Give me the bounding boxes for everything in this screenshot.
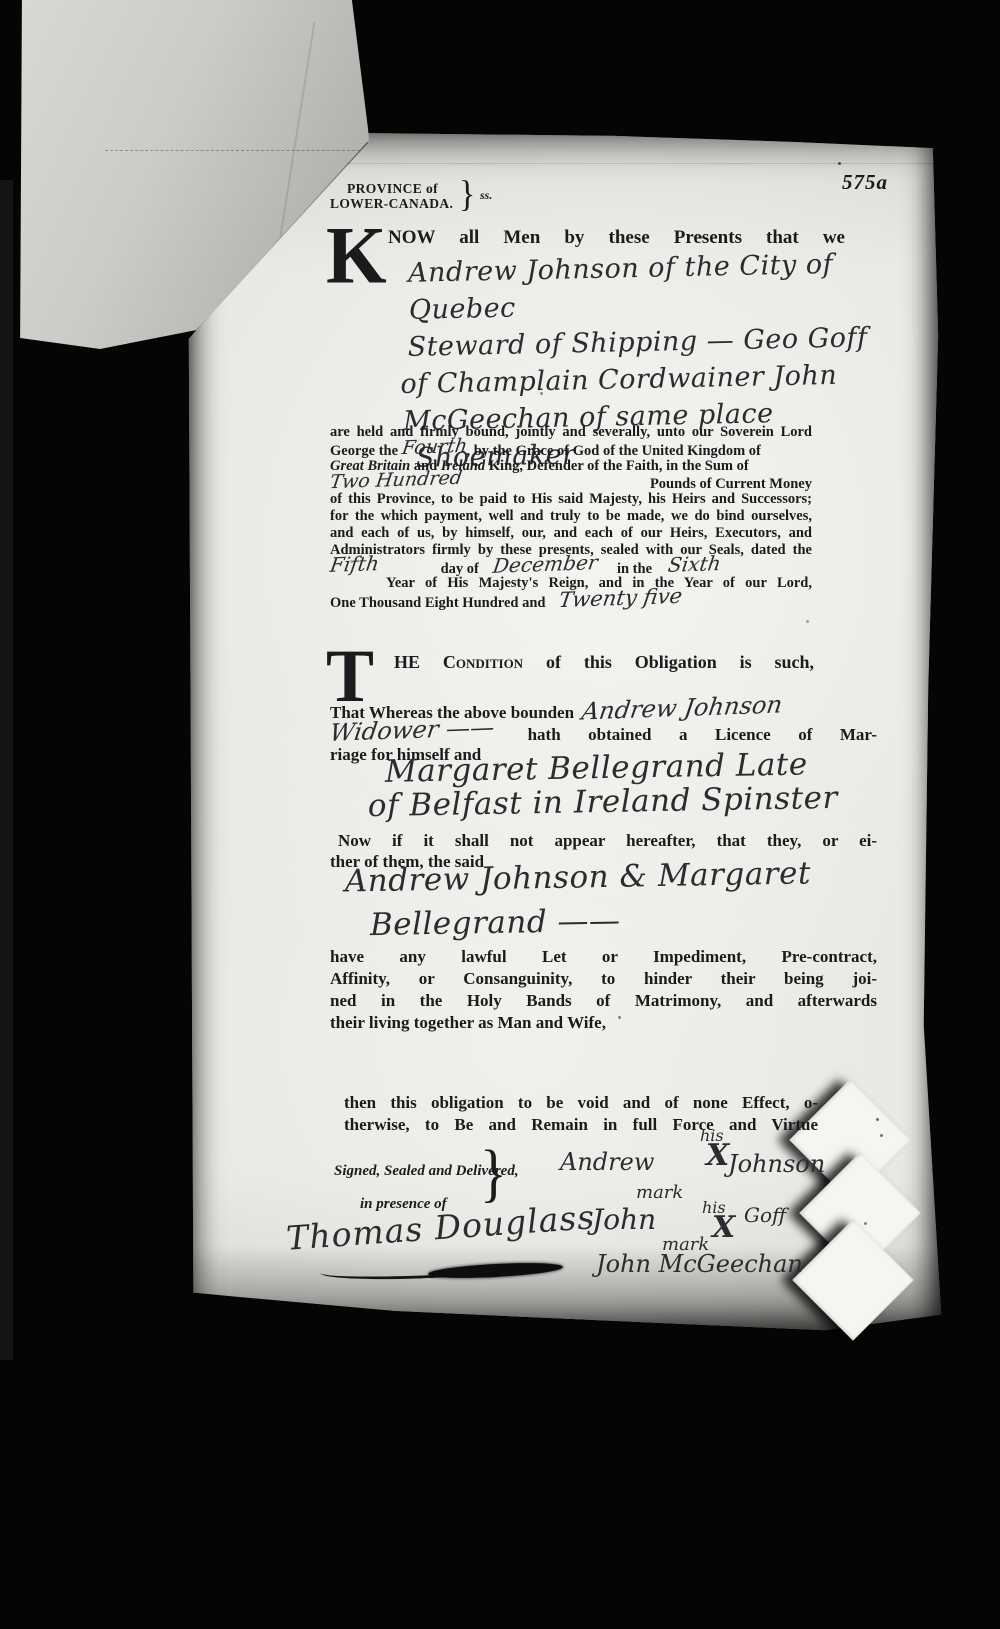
handwritten-line: Andrew Johnson of the City of Quebec [398,245,879,329]
printed-text: hath obtained a Licence of Mar- [494,724,877,746]
dropcap-k: K [326,222,387,288]
jurat-abbreviation: ss. [480,188,492,203]
handwritten-sum: Two Hundred [329,470,464,491]
bond-line: Two HundredPounds of Current Money [330,474,812,491]
handwritten-couple-surname: Bellegrand —— [330,907,878,952]
handwritten-day: Fifth [329,556,380,574]
condition-line: Widower ——hath obtained a Licence of Mar… [330,722,877,744]
printed-text: King, Defender of the Faith, in the Sum … [489,458,749,474]
handwritten-groom-name: Andrew Johnson [580,695,783,724]
condition-heading: HE Condition of this Obligation is such, [394,652,814,673]
condition-line: have any lawful Let or Impediment, Pre-c… [330,946,877,968]
scan-edge-artifact [0,180,13,1360]
bond-line: George the Fourth, by the Grace of God o… [330,441,812,458]
printed-text: , by the Grace of God of the United King… [466,443,760,459]
province-header: PROVINCE of LOWER-CANADA. [330,181,530,211]
fold-crease [105,150,380,151]
condition-line: Affinity, or Consanguinity, to hinder th… [330,968,877,990]
condition-line: ned in the Holy Bands of Matrimony, and … [330,990,877,1012]
province-line1: PROVINCE of [330,181,530,196]
scanned-document-page: PROVINCE of LOWER-CANADA. } ss. 575a K N… [0,0,1000,1629]
bond-line: for the which payment, well and truly to… [330,508,812,525]
handwritten-year: Twenty five [558,588,684,609]
signature-groom-last: Johnson [728,1150,825,1178]
dropcap-t: T [326,647,374,707]
signature-x-mark: X [712,1210,735,1245]
signature-surety-first: John [592,1203,656,1236]
bond-paragraph: are held and firmly bound, jointly and s… [330,424,812,609]
handwritten-bride-origin: of Belfast in Ireland Spinster [330,787,878,835]
handwritten-regnal-number: Fourth [401,438,469,457]
printed-text: of this Obligation is such, [546,652,814,672]
closing-paragraph: then this obligation to be void and of n… [344,1092,818,1136]
condition-paragraph: That Whereas the above boundenAndrew Joh… [330,700,877,1034]
bond-line: and each of us, by himself, our, and eac… [330,525,812,542]
signature-surety-last: Goff [744,1203,786,1227]
printed-text: HE [394,652,420,672]
printed-text: One Thousand Eight Hundred and [330,595,545,612]
printed-text: George the [330,443,398,459]
closing-line: then this obligation to be void and of n… [344,1092,818,1114]
handwritten-regnal-year: Sixth [667,555,722,574]
archive-page-number: 575a [842,170,888,195]
signature-x-mark: X [706,1138,729,1173]
smallcaps-condition: Condition [443,652,523,672]
handwritten-month: December [492,555,599,575]
closing-line: therwise, to Be and Remain in full Force… [344,1114,818,1136]
scan-speckles [838,162,841,165]
handwritten-status: Widower —— [328,717,496,744]
bond-line: One Thousand Eight Hundred andTwenty fiv… [330,592,812,609]
header-brace: } [459,174,475,216]
attestation-brace: } [480,1137,507,1211]
bond-line: are held and firmly bound, jointly and s… [330,424,812,441]
signature-mark-label: mark [636,1182,683,1203]
signature-surety2: John McGeechan [596,1250,803,1278]
bond-line: of this Province, to be paid to His said… [330,491,812,508]
signature-groom-first: Andrew [560,1148,654,1176]
bond-line: Fifth day of December in the Sixth [330,558,812,575]
opening-clause: NOW all Men by these Presents that we [388,227,845,249]
condition-line: their living together as Man and Wife, [330,1012,877,1034]
